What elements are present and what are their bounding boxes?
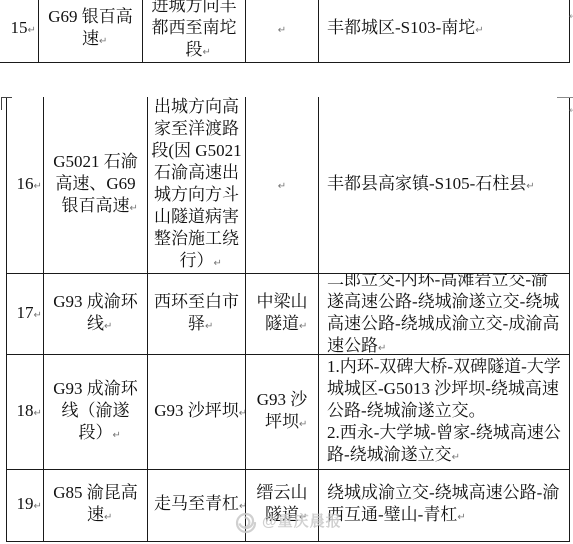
row-index: 18	[17, 401, 34, 420]
highway-name: G93 成渝环线（渝遂段）	[53, 379, 138, 442]
document-page: 15↵ G69 银百高速↵ 进城方向丰都西至南坨段↵ ↵ 丰都城区-S103-南…	[0, 0, 573, 544]
cell-16-section: 出城方向高家至洋渡路段(因 G5021 石渝高速出城方向方斗山隧道病害整治施工绕…	[147, 97, 245, 273]
row-index: 15	[11, 18, 28, 37]
watermark-swirl-icon	[233, 509, 259, 535]
cell-19-index: 19↵	[6, 470, 43, 541]
cell-16-index: 16↵	[6, 97, 43, 273]
cell-17-index: 17↵	[6, 274, 43, 354]
table-row-16: 16↵ G5021 石渝高速、G69 银百高速↵ 出城方向高家至洋渡路段(因 G…	[6, 97, 570, 274]
cell-15-index: 15↵	[0, 0, 38, 62]
cell-18-section: G93 沙坪坝↵	[147, 355, 245, 469]
table-row-15: 15↵ G69 银百高速↵ 进城方向丰都西至南坨段↵ ↵ 丰都城区-S103-南…	[0, 0, 570, 63]
cell-17-node: 中梁山隧道↵	[245, 274, 318, 354]
cell-16-detour: 丰都县高家镇-S105-石柱县↵	[318, 97, 570, 273]
section-text: 西环至白市驿	[154, 292, 239, 333]
cell-19-detour: 绕城成渝立交-绕城高速公路-渝西互通-璧山-青杠↵	[318, 470, 570, 541]
highway-name: G93 成渝环线	[53, 292, 138, 333]
section-text: G93 沙坪坝	[154, 401, 239, 420]
cell-16-highway: G5021 石渝高速、G69 银百高速↵	[43, 97, 147, 273]
cell-18-detour: 1.内环-双碑大桥-双碑隧道-大学城城区-G5013 沙坪坝-绕城高速公路-绕城…	[318, 355, 570, 469]
cell-17-section: 西环至白市驿↵	[147, 274, 245, 354]
row-end-mark: ↵	[569, 6, 573, 28]
table-row-18: 18↵ G93 成渝环线（渝遂段）↵ G93 沙坪坝↵ G93 沙坪坝↵ 1.内…	[6, 355, 570, 470]
table-corner-tick-right	[557, 97, 573, 98]
detour-route: 丰都县高家镇-S105-石柱县	[327, 174, 526, 193]
detour-route: 丰都城区-S103-南坨	[327, 18, 475, 37]
highway-name: G5021 石渝高速、G69 银百高速	[53, 152, 138, 215]
cell-18-highway: G93 成渝环线（渝遂段）↵	[43, 355, 147, 469]
cell-18-index: 18↵	[6, 355, 43, 469]
cell-end-mark: ↵	[278, 176, 286, 198]
cell-15-detour: 丰都城区-S103-南坨↵	[318, 0, 570, 62]
cell-15-section: 进城方向丰都西至南坨段↵	[142, 0, 245, 62]
cell-17-detour: 二郎立交-内环-高滩岩立交-渝遂高速公路-绕城渝遂立交-绕城高速公路-绕城成渝立…	[318, 274, 570, 354]
section-text: 出城方向高家至洋渡路段(因 G5021 石渝高速出城方向方斗山隧道病害整治施工绕…	[151, 97, 241, 270]
watermark: @重庆晨报	[233, 509, 342, 535]
cell-19-section: 走马至青杠↵	[147, 470, 245, 541]
detour-route: 二郎立交-内环-高滩岩立交-渝遂高速公路-绕城渝遂立交-绕城高速公路-绕城成渝立…	[327, 274, 559, 354]
table-row-17: 17↵ G93 成渝环线↵ 西环至白市驿↵ 中梁山隧道↵ 二郎立交-内环-高滩岩…	[6, 274, 570, 355]
roadworks-table-top-fragment: 15↵ G69 银百高速↵ 进城方向丰都西至南坨段↵ ↵ 丰都城区-S103-南…	[0, 0, 570, 63]
cell-end-mark: ↵	[278, 20, 286, 42]
section-text: 走马至青杠	[154, 494, 239, 513]
detour-route: 绕城成渝立交-绕城高速公路-渝西互通-璧山-青杠	[327, 483, 559, 524]
cell-19-highway: G85 渝昆高速↵	[43, 470, 147, 541]
cell-15-highway: G69 银百高速↵	[38, 0, 142, 62]
row-index: 16	[17, 174, 34, 193]
cell-16-node: ↵	[245, 97, 318, 273]
row-end-mark: ↵	[569, 100, 573, 122]
row-index: 17	[17, 303, 34, 322]
table-corner-tick-left-vertical	[1, 97, 2, 110]
detour-route-2: 2.西永-大学城-曾家-绕城高速公路-绕城渝遂立交	[327, 423, 561, 464]
highway-name: G69 银百高速	[48, 7, 133, 48]
watermark-handle: @重庆晨报	[262, 511, 342, 533]
row-index: 19	[17, 494, 34, 513]
table-corner-tick-left	[1, 97, 12, 98]
highway-name: G85 渝昆高速	[53, 483, 138, 524]
section-text: 进城方向丰都西至南坨段	[152, 0, 237, 59]
roadworks-table-main: 16↵ G5021 石渝高速、G69 银百高速↵ 出城方向高家至洋渡路段(因 G…	[6, 97, 570, 542]
cell-17-highway: G93 成渝环线↵	[43, 274, 147, 354]
cell-18-node: G93 沙坪坝↵	[245, 355, 318, 469]
cell-15-node: ↵	[245, 0, 318, 62]
detour-route-1: 1.内环-双碑大桥-双碑隧道-大学城城区-G5013 沙坪坝-绕城高速公路-绕城…	[327, 357, 561, 420]
